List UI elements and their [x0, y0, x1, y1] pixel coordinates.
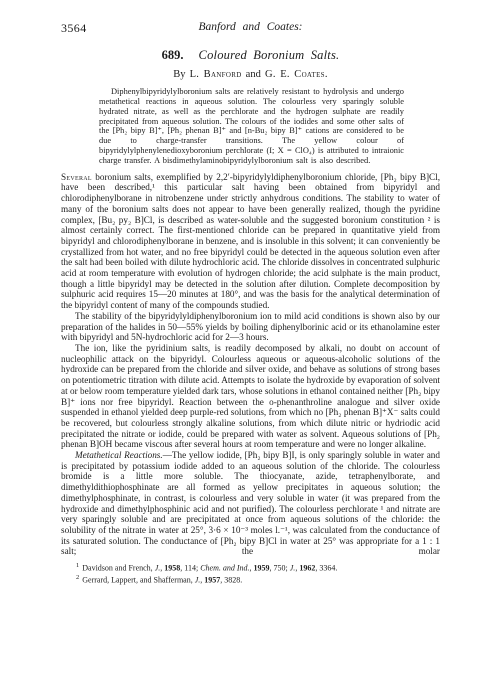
byline-conjunction: and [246, 69, 261, 80]
footnotes: 1Davidson and French, J., 1958, 114; Che… [61, 561, 440, 585]
footnote-text: , 3828. [220, 576, 242, 585]
article-number: 689. [162, 48, 184, 62]
page-header: 3564 Banford and Coates: [61, 21, 440, 35]
article-title: Coloured Boronium Salts. [199, 48, 340, 62]
running-head: Banford and Coates: [61, 21, 440, 33]
article-body: Several boronium salts, exemplified by 2… [61, 172, 440, 557]
author-2: G. E. Coates. [265, 69, 328, 80]
footnote-text: Davidson and French, [82, 564, 154, 573]
paragraph-text: —The yellow iodide, [Ph₂ bipy B]I, is on… [61, 450, 440, 556]
byline-prefix: By [173, 69, 185, 80]
paragraph-lead-heading: Metathetical Reactions. [75, 450, 163, 460]
abstract: Diphenylbipyridylylboronium salts are re… [99, 87, 404, 166]
citation-year: 1958 [164, 564, 180, 573]
footnote-text: , 114; [180, 564, 200, 573]
footnote-text: , 3364. [315, 564, 337, 573]
citation-year: 1959 [254, 564, 270, 573]
journal-abbrev: Chem. and Ind. [200, 564, 249, 573]
citation-year: 1962 [299, 564, 315, 573]
byline: By L. Banford and G. E. Coates. [61, 69, 440, 80]
footnote-marker: 2 [76, 574, 79, 581]
article-title-line: 689.Coloured Boronium Salts. [61, 48, 440, 63]
body-paragraph-2: The stability of the bipyridylyldiphenyl… [61, 311, 440, 343]
author-1: L. Banford [190, 69, 242, 80]
body-paragraph-3: The ion, like the pyridinium salts, is r… [61, 343, 440, 450]
footnote-text: Gerrard, Lappert, and Shafferman, [82, 576, 194, 585]
footnote-2: 2Gerrard, Lappert, and Shafferman, J., 1… [61, 573, 440, 585]
footnote-marker: 1 [76, 562, 79, 569]
journal-page: 3564 Banford and Coates: 689.Coloured Bo… [0, 0, 500, 679]
page-number: 3564 [61, 21, 87, 36]
footnote-1: 1Davidson and French, J., 1958, 114; Che… [61, 561, 440, 573]
paragraph-text: boronium salts, exemplified by 2,2′-bipy… [61, 172, 440, 310]
body-paragraph-1: Several boronium salts, exemplified by 2… [61, 172, 440, 311]
citation-year: 1957 [204, 576, 220, 585]
paragraph-lead-word: Several [61, 172, 92, 182]
footnote-text: , 750; [270, 564, 290, 573]
body-paragraph-4: Metathetical Reactions.—The yellow iodid… [61, 450, 440, 557]
